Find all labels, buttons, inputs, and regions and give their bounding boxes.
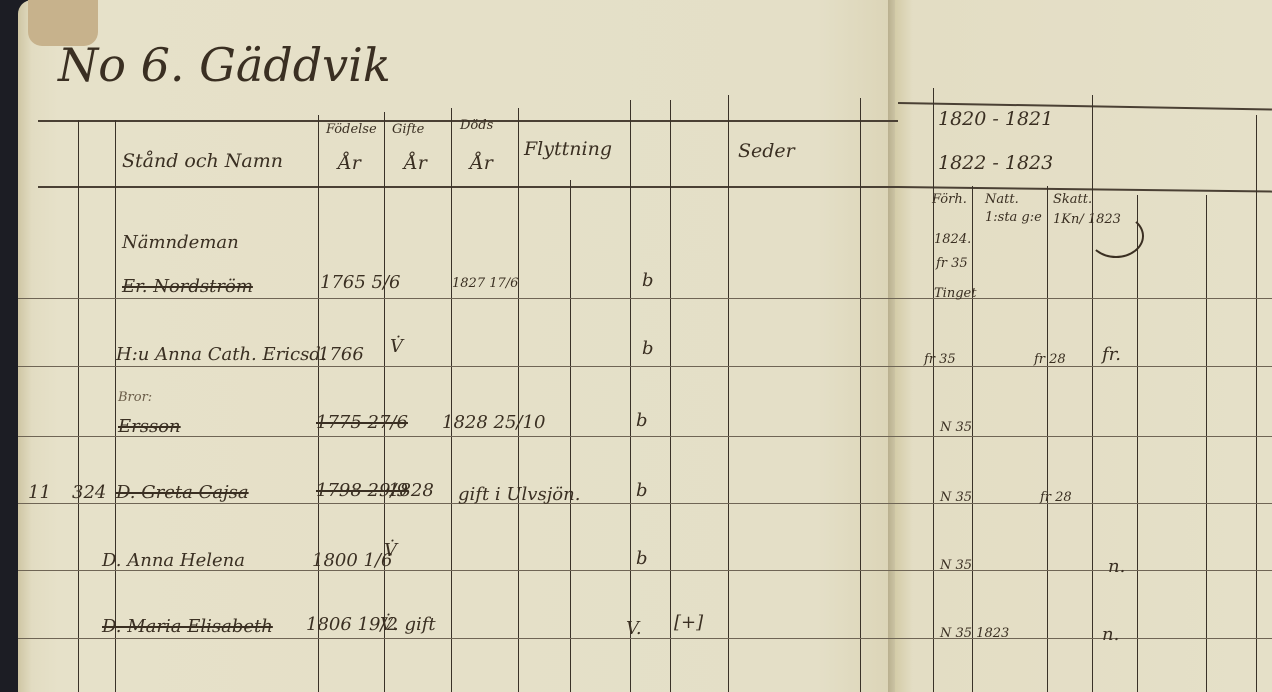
header-flyttning: Flyttning [524, 138, 612, 160]
row-marriage: 1828 [388, 480, 434, 501]
subheader-skatt: Skatt. [1053, 192, 1092, 207]
row-move: gift i Ulvsjön. [458, 484, 580, 505]
row-birth: 1766 [318, 344, 364, 365]
row-birth: 1765 5/6 [320, 272, 401, 293]
col-rule [318, 115, 319, 692]
row-note: Tinget [934, 286, 976, 301]
row-name: D. Anna Helena [102, 550, 245, 571]
row-name: Er. Nordström [122, 276, 253, 297]
header-fodelse: Födelse [326, 122, 377, 137]
row-name: Ersson [118, 416, 181, 437]
row-rule [18, 503, 1272, 504]
row-title: Nämndeman [122, 232, 239, 253]
col-rule [860, 98, 861, 692]
header-seder: Seder [738, 140, 795, 162]
row-rule [18, 638, 1272, 639]
header-gifte-ar: År [404, 152, 427, 174]
row-forh: N 35 [940, 420, 972, 435]
row-rule [18, 436, 1272, 437]
row-death: 1827 17/6 [452, 276, 518, 291]
col-rule [1256, 115, 1257, 692]
row-title: Bror: [118, 390, 152, 405]
header-dods: Döds [460, 118, 493, 133]
row-skatt: fr 28 [1034, 352, 1066, 367]
year-header-1: 1820 - 1821 [938, 108, 1053, 130]
col-rule [78, 120, 79, 692]
row-rule [18, 366, 1272, 367]
subheader-forh-year: 1824. [934, 232, 971, 247]
col-rule [451, 108, 452, 692]
row-mark: b [642, 338, 654, 359]
col-rule [630, 100, 631, 692]
row-marriage: V̇. gift [380, 614, 436, 635]
header-dods-ar: År [470, 152, 493, 174]
year-header-2: 1822 - 1823 [938, 152, 1053, 174]
col-rule [384, 112, 385, 692]
subheader-natt: Natt. [985, 192, 1019, 207]
row-name: D. Maria Elisabeth [102, 616, 273, 637]
col-rule [1092, 95, 1093, 692]
row-forh: N 35 1823 [940, 626, 1009, 641]
row-mark: b [636, 410, 648, 431]
row-line-number: 11 [28, 482, 51, 503]
row-birth: 1800 1/6 [312, 550, 393, 571]
row-birth: 1775 27/6 [316, 412, 408, 433]
row-mark: b [642, 270, 654, 291]
col-rule [972, 186, 973, 692]
col-rule [728, 95, 729, 692]
header-fodelse-ar: År [338, 152, 361, 174]
col-rule [518, 108, 519, 692]
row-page-ref: 324 [72, 482, 106, 503]
row-extra: n. [1108, 556, 1125, 577]
row-forh: N 35 [940, 558, 972, 573]
page-title: No 6. Gäddvik [58, 38, 391, 92]
header-gifte: Gifte [392, 122, 424, 137]
row-extra: fr. [1102, 344, 1121, 365]
header-stand-och-namn: Stånd och Namn [122, 150, 283, 172]
row-name: H:u Anna Cath. Ericsd. [116, 344, 327, 365]
circled-annotation [1088, 214, 1144, 258]
row-forh: N 35 [940, 490, 972, 505]
row-marriage: V̇ [390, 336, 403, 357]
row-death: 1828 25/10 [442, 412, 545, 433]
row-skatt: fr 28 [1040, 490, 1072, 505]
row-rule [18, 298, 1272, 299]
col-rule [933, 88, 934, 692]
col-rule [1047, 186, 1048, 692]
row-mark: b [636, 480, 648, 501]
row-marriage: V̇ [384, 540, 397, 561]
row-mark: V. [626, 618, 642, 639]
col-rule [1206, 195, 1207, 692]
row-name: D. Greta Cajsa [116, 482, 249, 503]
row-mark: b [636, 548, 648, 569]
subheader-forh: Förh. [932, 192, 967, 207]
col-rule [670, 100, 671, 692]
row-forh: fr 35 [924, 352, 956, 367]
row-forh: fr 35 [936, 256, 968, 271]
header-bottom-rule [38, 186, 898, 188]
subheader-natt-sub: 1:sta g:e [985, 210, 1042, 225]
row-extra: n. [1102, 624, 1119, 645]
col-rule [115, 120, 116, 692]
col-rule [1137, 195, 1138, 692]
row-box-symbol: [+] [674, 612, 703, 633]
